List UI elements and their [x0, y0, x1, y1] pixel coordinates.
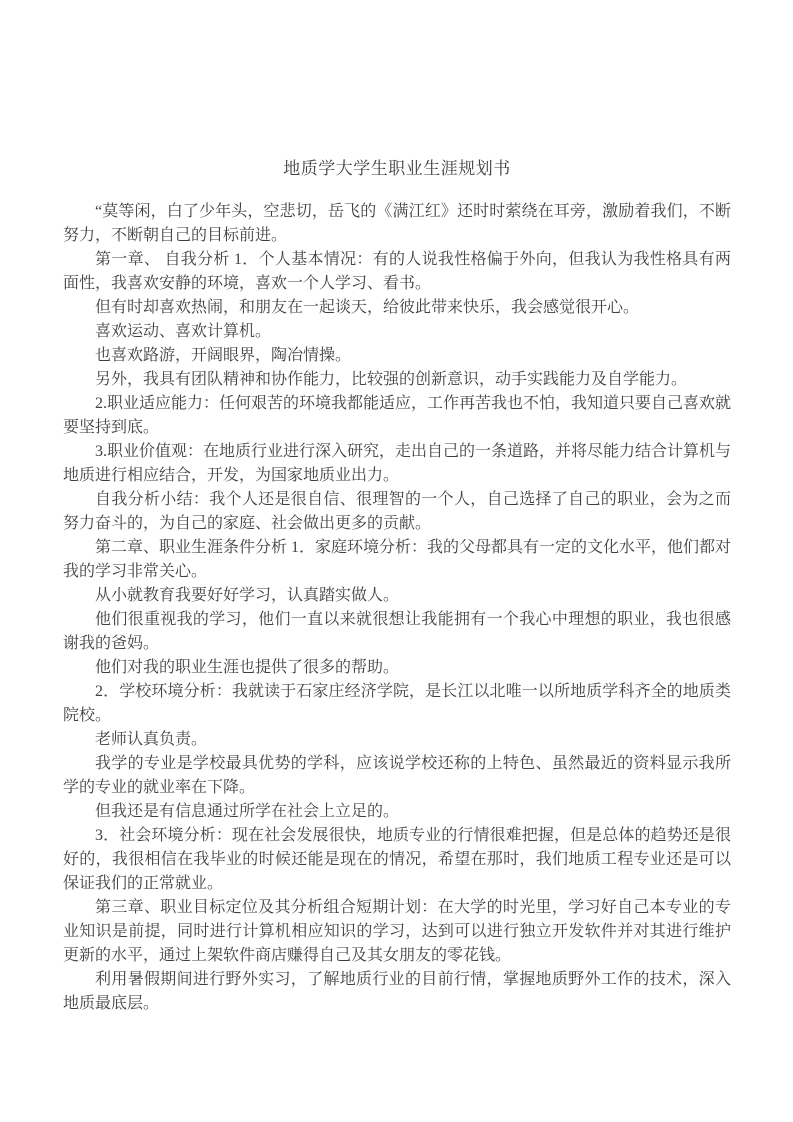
- paragraph: 2．学校环境分析：我就读于石家庄经济学院，是长江以北唯一以所地质学科齐全的地质类…: [63, 680, 731, 728]
- paragraph: 第二章、职业生涯条件分析 1．家庭环境分析：我的父母都具有一定的文化水平，他们都…: [63, 536, 731, 584]
- paragraph: 另外，我具有团队精神和协作能力，比较强的创新意识，动手实践能力及自学能力。: [63, 368, 731, 392]
- paragraph: 第三章、职业目标定位及其分析组合短期计划：在大学的时光里，学习好自己本专业的专业…: [63, 896, 731, 968]
- document-title: 地质学大学生职业生涯规划书: [63, 157, 731, 181]
- paragraph: 利用暑假期间进行野外实习，了解地质行业的目前行情，掌握地质野外工作的技术，深入地…: [63, 968, 731, 1016]
- paragraph: 也喜欢路游，开阔眼界，陶冶情操。: [63, 344, 731, 368]
- paragraph: 第一章、 自我分析 1．个人基本情况：有的人说我性格偏于外向，但我认为我性格具有…: [63, 248, 731, 296]
- paragraph: 他们很重视我的学习，他们一直以来就很想让我能拥有一个我心中理想的职业，我也很感谢…: [63, 608, 731, 656]
- paragraph: 但我还是有信息通过所学在社会上立足的。: [63, 800, 731, 824]
- paragraph: 3.职业价值观：在地质行业进行深入研究，走出自己的一条道路，并将尽能力结合计算机…: [63, 440, 731, 488]
- document-page: 地质学大学生职业生涯规划书 “莫等闲，白了少年头，空悲切，岳飞的《满江红》还时时…: [0, 0, 793, 1122]
- paragraph: “莫等闲，白了少年头，空悲切，岳飞的《满江红》还时时萦绕在耳旁，激励着我们，不断…: [63, 200, 731, 248]
- paragraph: 但有时却喜欢热闹，和朋友在一起谈天，给彼此带来快乐，我会感觉很开心。: [63, 296, 731, 320]
- paragraph: 自我分析小结：我个人还是很自信、很理智的一个人，自己选择了自己的职业，会为之而努…: [63, 488, 731, 536]
- paragraph: 2.职业适应能力：任何艰苦的环境我都能适应，工作再苦我也不怕，我知道只要自己喜欢…: [63, 392, 731, 440]
- paragraph: 他们对我的职业生涯也提供了很多的帮助。: [63, 656, 731, 680]
- paragraph: 从小就教育我要好好学习，认真踏实做人。: [63, 584, 731, 608]
- document-body: “莫等闲，白了少年头，空悲切，岳飞的《满江红》还时时萦绕在耳旁，激励着我们，不断…: [63, 200, 731, 1016]
- paragraph: 3．社会环境分析：现在社会发展很快，地质专业的行情很难把握，但是总体的趋势还是很…: [63, 824, 731, 896]
- paragraph: 喜欢运动、喜欢计算机。: [63, 320, 731, 344]
- paragraph: 我学的专业是学校最具优势的学科，应该说学校还称的上特色、虽然最近的资料显示我所学…: [63, 752, 731, 800]
- paragraph: 老师认真负责。: [63, 728, 731, 752]
